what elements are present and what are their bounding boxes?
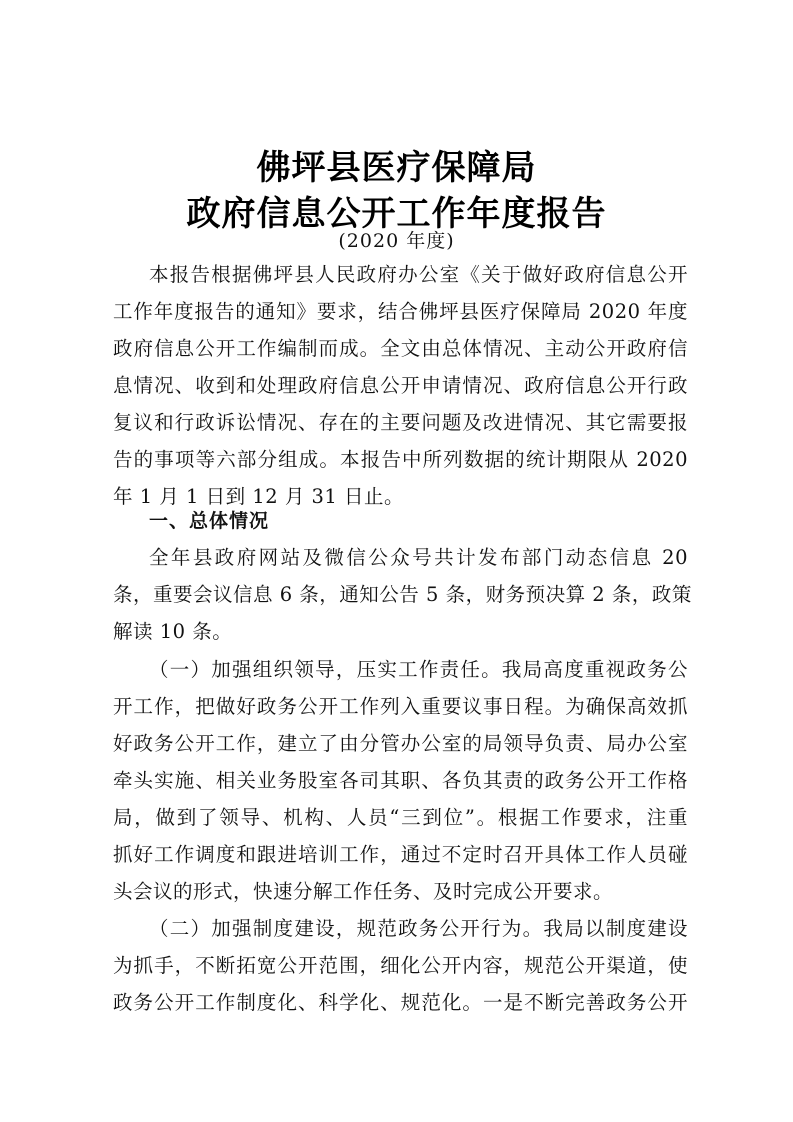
section1-line: 全年县政府网站及微信公众号共计发布部门动态信息 20 xyxy=(149,546,688,570)
title-line-1: 佛坪县医疗保障局 xyxy=(0,140,793,189)
sub1-line: 牵头实施、相关业务股室各司其职、各负其责的政务公开工作格 xyxy=(113,769,688,793)
intro-line: 本报告根据佛坪县人民政府办公室《关于做好政府信息公开 xyxy=(149,263,688,287)
intro-line: 工作年度报告的通知》要求，结合佛坪县医疗保障局 2020 年度 xyxy=(113,300,688,324)
sub1-line: 抓好工作调度和跟进培训工作，通过不定时召开具体工作人员碰 xyxy=(113,843,688,867)
section1-line: 解读 10 条。 xyxy=(113,620,688,644)
intro-line: 年 1 月 1 日到 12 月 31 日止。 xyxy=(113,485,688,509)
intro-line: 政府信息公开工作编制而成。全文由总体情况、主动公开政府信 xyxy=(113,337,688,361)
section-heading-overview: 一、总体情况 xyxy=(149,509,269,533)
sub1-line: 好政务公开工作，建立了由分管办公室的局领导负责、局办公室 xyxy=(113,732,688,756)
intro-line: 复议和行政诉讼情况、存在的主要问题及改进情况、其它需要报 xyxy=(113,411,688,435)
sub2-line: 为抓手，不断拓宽公开范围，细化公开内容，规范公开渠道，使 xyxy=(113,954,688,978)
sub2-line: 政务公开工作制度化、科学化、规范化。一是不断完善政务公开 xyxy=(113,991,688,1015)
sub1-line: 开工作，把做好政务公开工作列入重要议事日程。为确保高效抓 xyxy=(113,695,688,719)
sub1-line: （一）加强组织领导，压实工作责任。我局高度重视政务公 xyxy=(149,658,688,682)
sub1-line: 头会议的形式，快速分解工作任务、及时完成公开要求。 xyxy=(113,880,688,904)
intro-line: 告的事项等六部分组成。本报告中所列数据的统计期限从 2020 xyxy=(113,448,688,472)
sub1-line: 局，做到了领导、机构、人员“三到位”。根据工作要求，注重 xyxy=(113,806,688,830)
intro-line: 息情况、收到和处理政府信息公开申请情况、政府信息公开行政 xyxy=(113,374,688,398)
section1-line: 条，重要会议信息 6 条，通知公告 5 条，财务预决算 2 条，政策 xyxy=(113,583,688,607)
sub2-line: （二）加强制度建设，规范政务公开行为。我局以制度建设 xyxy=(149,917,688,941)
report-year: (2020 年度) xyxy=(0,226,793,253)
